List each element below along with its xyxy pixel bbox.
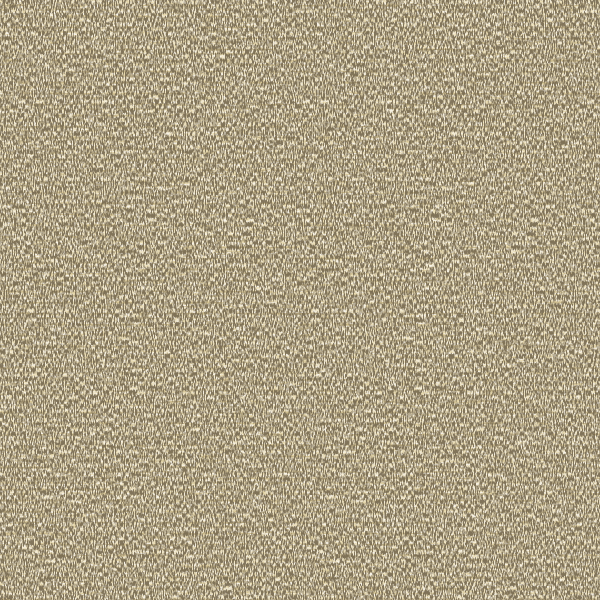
slub-and-fleck-layer — [0, 0, 600, 600]
fabric-texture — [0, 0, 600, 600]
